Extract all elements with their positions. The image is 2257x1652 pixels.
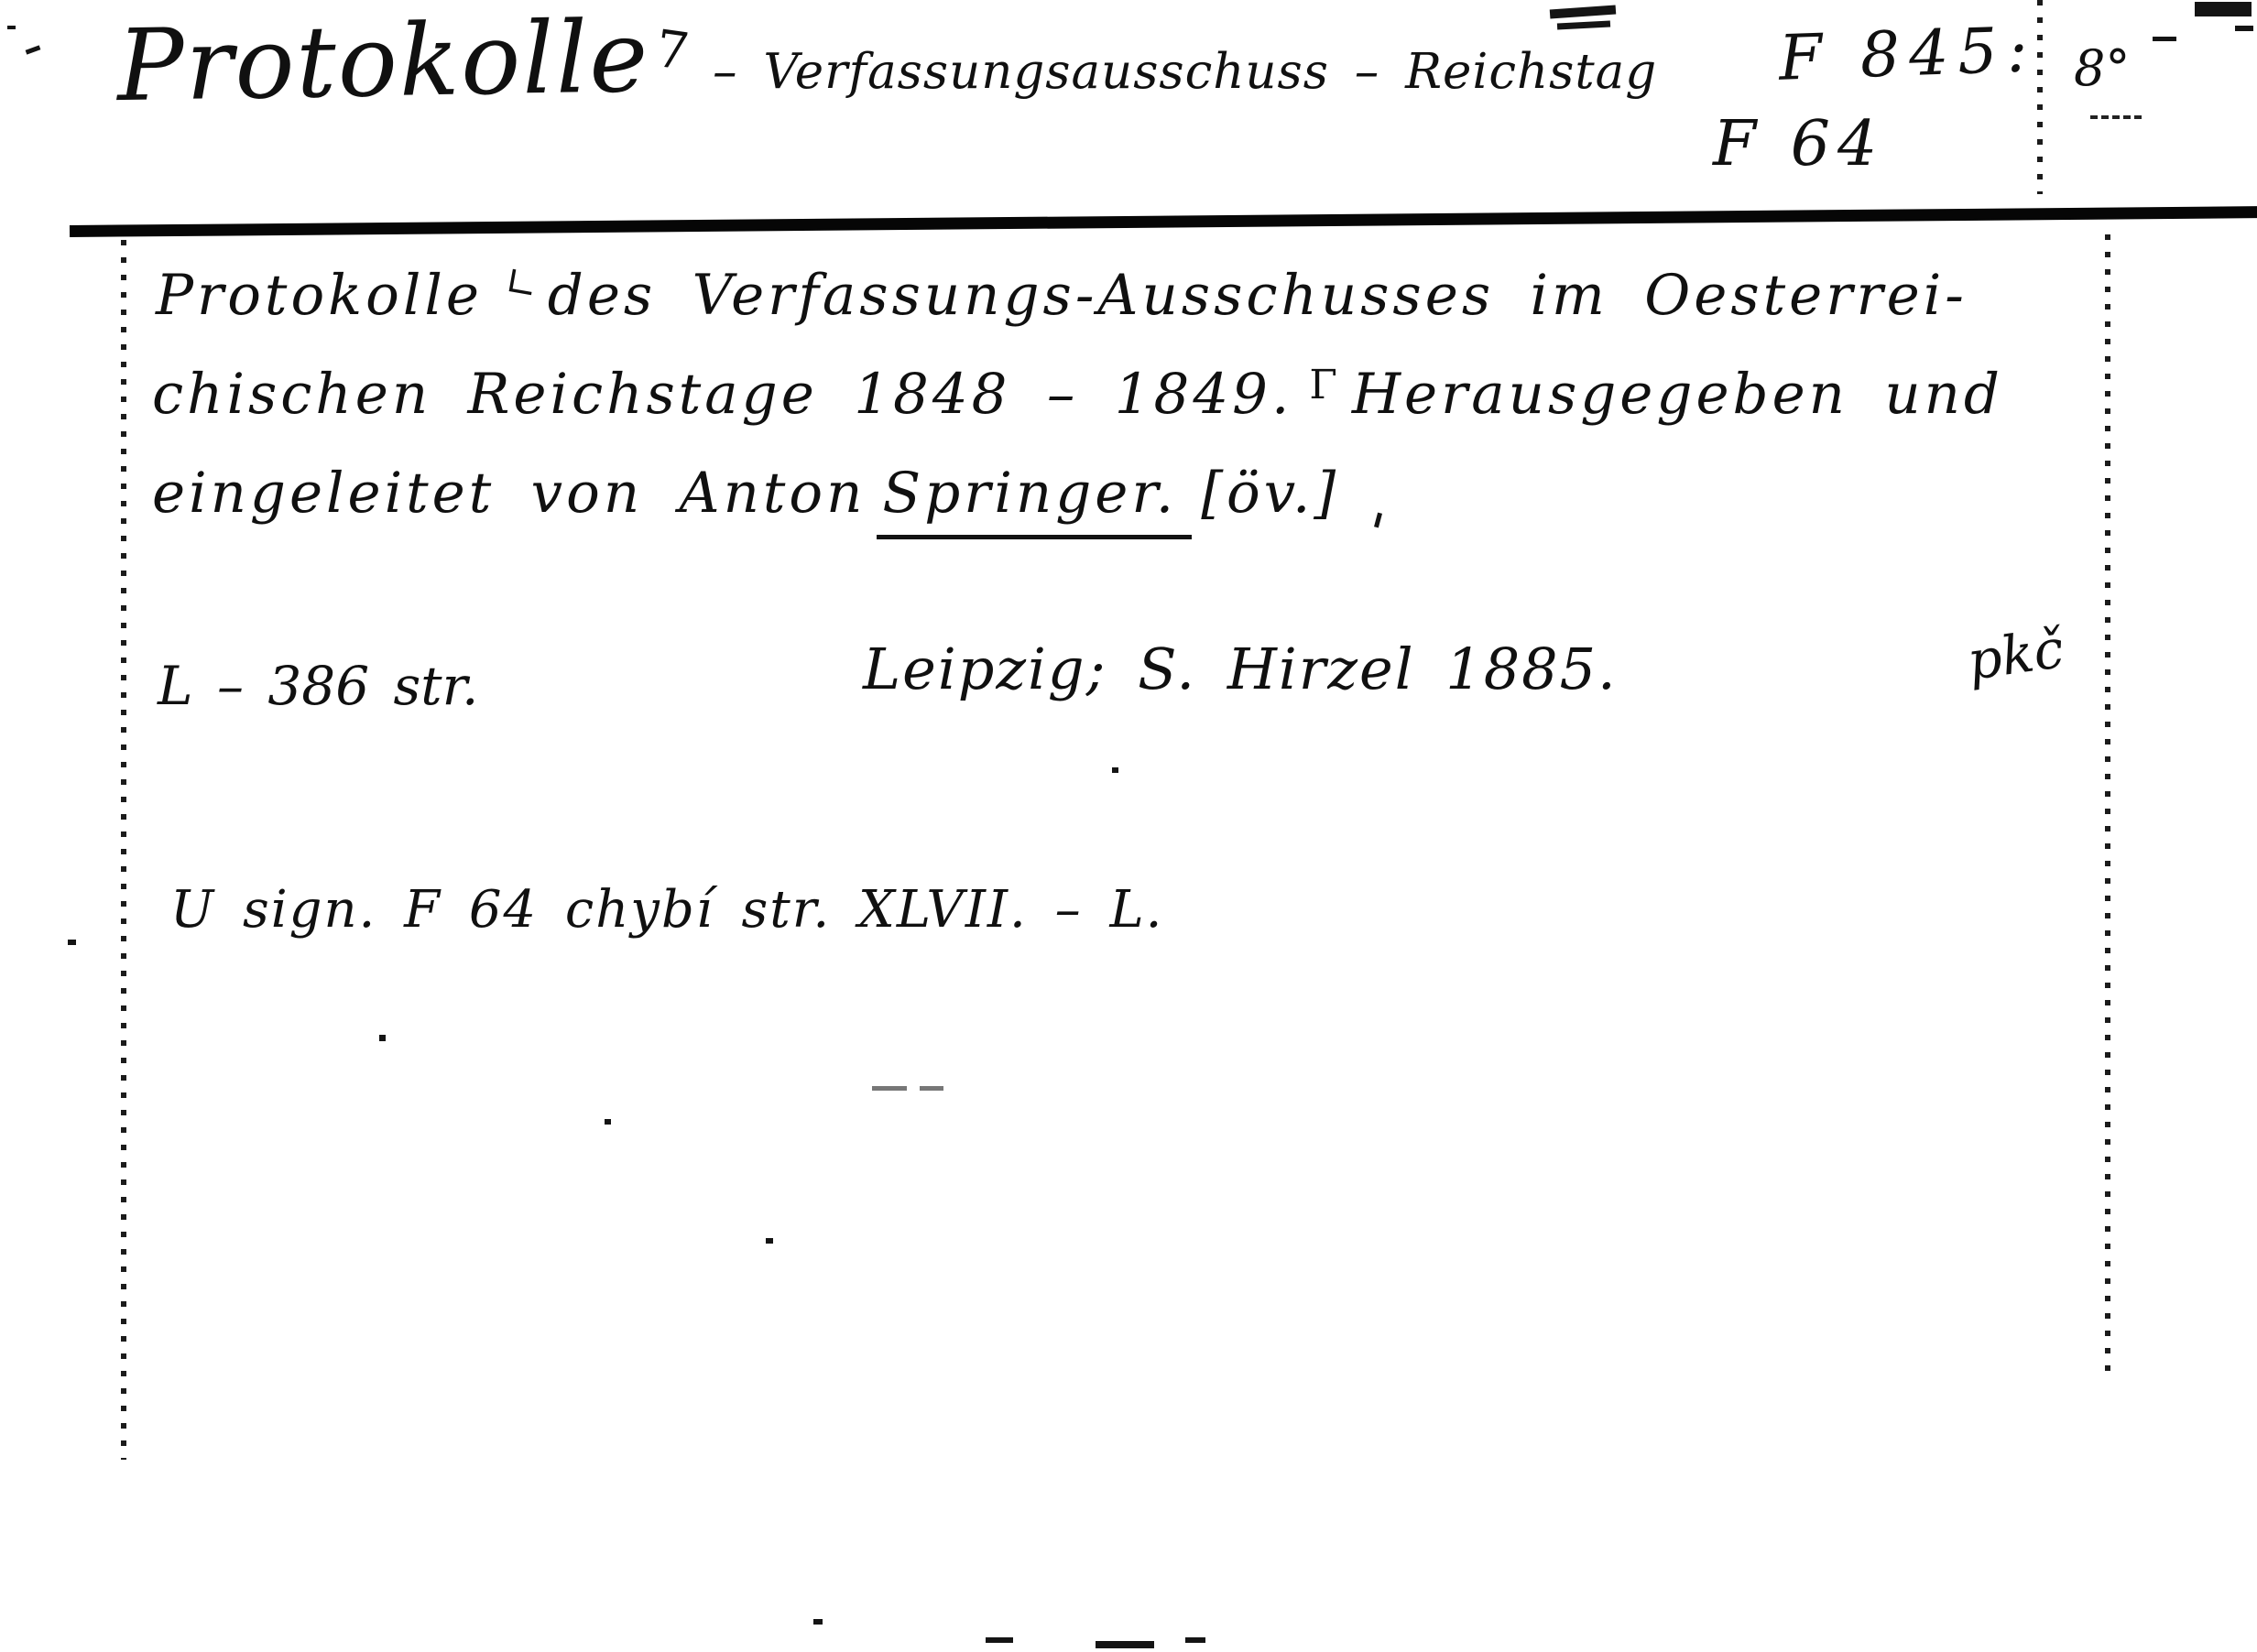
entry-line-3: eingeleitet von AntonSpringer.[öv.]: [152, 465, 1339, 521]
card-right-border: [2105, 234, 2110, 1381]
binding-note: pkč: [1964, 622, 2066, 688]
card-title-script: Protokolle: [116, 8, 650, 116]
scan-noise: [26, 45, 41, 54]
card-left-border: [121, 240, 126, 1460]
entry-line-2-rest: Herausgegeben und: [1352, 362, 2003, 427]
format-mark: 8°: [2074, 44, 2130, 93]
scan-noise: [1112, 767, 1118, 773]
scan-noise: [1096, 1641, 1154, 1648]
title-insertion-mark: 7: [652, 24, 692, 79]
secondary-call-number: F 64: [1713, 114, 1884, 176]
scan-noise: [68, 940, 76, 945]
scan-noise: [2090, 115, 2142, 119]
scan-noise: [7, 26, 16, 29]
scan-noise: [2195, 2, 2252, 16]
insertion-mark: ∟: [501, 262, 545, 308]
signature-note: U sign. F 64 chybí str. XLVII. – L.: [170, 885, 1163, 936]
scan-noise: [1557, 20, 1610, 29]
scan-noise: [2235, 26, 2253, 31]
scan-noise: [920, 1086, 943, 1091]
call-number: F 845:: [1778, 19, 2038, 91]
extent-note: L – 386 str.: [158, 659, 478, 712]
catalog-card: Protokolle 7 – Verfassungsausschuss – Re…: [0, 0, 2257, 1652]
scan-noise: [605, 1119, 611, 1125]
scan-noise: [2153, 37, 2176, 41]
scan-noise: [986, 1637, 1013, 1643]
insertion-mark: Γ: [1309, 365, 1340, 406]
header-dotted-divider: [2037, 0, 2043, 194]
entry-line-2-start: chischen Reichstage 1848 – 1849.: [152, 362, 1292, 427]
subject-heading: – Verfassungsausschuss – Reichstag: [713, 48, 1657, 96]
scan-noise: [1185, 1637, 1205, 1643]
scan-noise: [813, 1619, 823, 1625]
entry-line-1-rest: des Verfassungs-Ausschusses im Oesterrei…: [548, 263, 1968, 328]
scan-noise: [1374, 513, 1382, 528]
scan-noise: [379, 1035, 386, 1041]
author-underlined: Springer.: [877, 461, 1192, 539]
header-rule: [70, 206, 2257, 237]
scan-noise: [1550, 5, 1617, 19]
entry-line-1-start: Protokolle: [156, 263, 483, 328]
entry-line-1: Protokolle∟des Verfassungs-Ausschusses i…: [156, 267, 1968, 323]
imprint: Leipzig; S. Hirzel 1885.: [863, 641, 1618, 698]
scan-noise: [872, 1086, 907, 1091]
scan-noise: [766, 1238, 773, 1244]
entry-line-3-end: [öv.]: [1201, 461, 1339, 526]
entry-line-3-start: eingeleitet von Anton: [152, 461, 866, 526]
entry-line-2: chischen Reichstage 1848 – 1849.ΓHerausg…: [152, 366, 2003, 422]
